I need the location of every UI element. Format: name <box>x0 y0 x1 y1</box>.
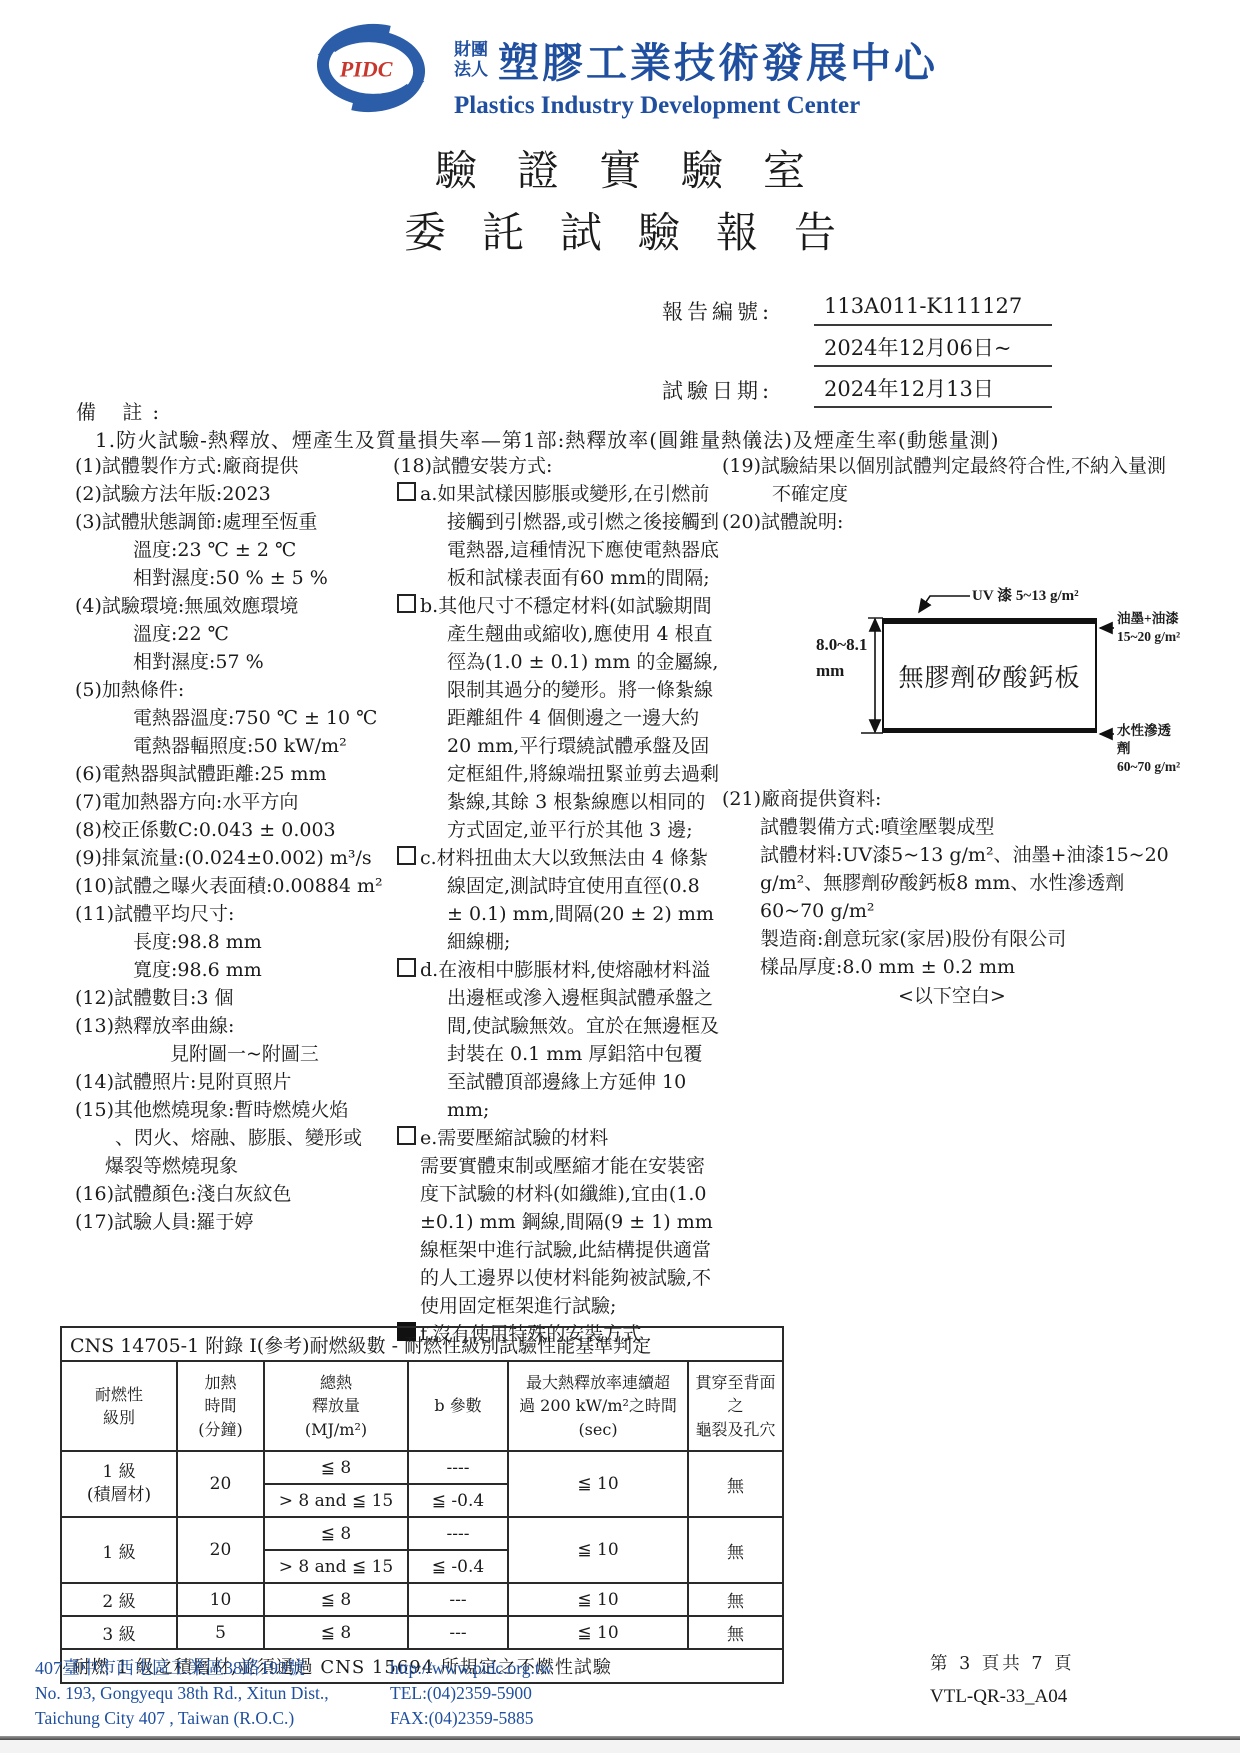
footer-address-zh: 407臺中市西屯區工業區38路193號 <box>35 1656 390 1681</box>
table-cell: ≦ 10 <box>508 1616 688 1649</box>
report-no-value: 113A011-K111127 <box>814 294 1052 326</box>
spacer <box>662 332 814 367</box>
notes-column-middle: (18)試體安裝方式: a.如果試樣因膨脹或變形,在引燃前接觸到引燃器,或引燃之… <box>385 452 720 1348</box>
checkbox-unchecked-icon <box>397 1126 416 1145</box>
footer-fax: FAX:(04)2359-5885 <box>390 1706 552 1731</box>
notes-column-right: (19)試驗結果以個別試體判定最終符合性,不納入量測不確定度 (20)試體說明: <box>720 452 1185 1011</box>
header: PIDC 財團 法人 塑膠工業技術發展中心 Plastics Industry … <box>0 22 1240 120</box>
note-line: (8)校正係數C:0.043 ± 0.003 <box>75 816 385 844</box>
scan-edge-shadow <box>0 1740 1240 1753</box>
table-cell: 2 級 <box>61 1583 177 1616</box>
install-option-text: a.如果試樣因膨脹或變形,在引燃前接觸到引燃器,或引燃之後接觸到電熱器,這種情況… <box>420 483 719 589</box>
table-cell: 1 級 (積層材) <box>61 1451 177 1517</box>
document-code: VTL-QR-33_A04 <box>930 1686 1067 1708</box>
note-line: (10)試體之曝火表面積:0.00884 m² <box>75 872 385 900</box>
table-cell: ≦ 8 <box>264 1616 408 1649</box>
install-method-heading: (18)試體安裝方式: <box>393 452 720 480</box>
note-item-19: (19)試驗結果以個別試體判定最終符合性,不納入量測不確定度 <box>722 452 1185 508</box>
notes-columns: (1)試體製作方式:廠商提供 (2)試驗方法年版:2023 (3)試體狀態調節:… <box>75 452 1185 1348</box>
note-line: 見附圖一~附圖三 <box>75 1040 385 1068</box>
diagram-ink-paint-label: 油墨+油漆 15~20 g/m² <box>1117 610 1180 646</box>
org-block: 財團 法人 塑膠工業技術發展中心 Plastics Industry Devel… <box>454 22 938 120</box>
blank-below-marker: <以下空白> <box>898 981 1185 1011</box>
table-cell: --- <box>408 1583 508 1616</box>
manufacturer-info-line: 製造商:創意玩家(家居)股份有限公司 <box>760 925 1185 953</box>
note-line: 電熱器溫度:750 ℃ ± 10 ℃ <box>75 704 385 732</box>
note-line: 相對濕度:50 % ± 5 % <box>75 564 385 592</box>
install-option-b: b.其他尺寸不穩定材料(如試驗期間產生翹曲或縮收),應使用 4 根直徑為(1.0… <box>397 592 720 844</box>
test-date-to: 2024年12月13日 <box>814 373 1052 408</box>
report-page: PIDC 財團 法人 塑膠工業技術發展中心 Plastics Industry … <box>0 0 1240 1753</box>
manufacturer-info-line: 樣品厚度:8.0 mm ± 0.2 mm <box>760 953 1185 981</box>
note-line: (2)試驗方法年版:2023 <box>75 480 385 508</box>
note-line: 、閃火、熔融、膨脹、變形或 <box>75 1124 385 1152</box>
note-line: (12)試體數目:3 個 <box>75 984 385 1012</box>
table-header: 加熱 時間 (分鐘) <box>177 1361 264 1451</box>
table-cell: --- <box>408 1616 508 1649</box>
footer-website: http://www.pidc.org.tw <box>390 1656 552 1681</box>
note-line: (15)其他燃燒現象:暫時燃燒火焰 <box>75 1096 385 1124</box>
footer-address-en1: No. 193, Gongyequ 38th Rd., Xitun Dist., <box>35 1681 390 1706</box>
install-option-e: e.需要壓縮試驗的材料 <box>397 1124 720 1152</box>
note-line: (7)電加熱器方向:水平方向 <box>75 788 385 816</box>
table-cell: 10 <box>177 1583 264 1616</box>
checkbox-unchecked-icon <box>397 958 416 977</box>
doc-title-line1: 驗證實驗室 <box>0 138 1240 198</box>
install-option-e-continuation: 需要實體束制或壓縮才能在安裝密度下試驗的材料(如纖維),宜由(1.0 ±0.1)… <box>420 1152 720 1320</box>
table-cell: > 8 and ≦ 15 <box>264 1484 408 1517</box>
note-line: (16)試體顏色:淺白灰紋色 <box>75 1180 385 1208</box>
install-option-a: a.如果試樣因膨脹或變形,在引燃前接觸到引燃器,或引燃之後接觸到電熱器,這種情況… <box>397 480 720 592</box>
install-option-text: b.其他尺寸不穩定材料(如試驗期間產生翹曲或縮收),應使用 4 根直徑為(1.0… <box>420 595 719 841</box>
table-cell: 3 級 <box>61 1616 177 1649</box>
footer: 407臺中市西屯區工業區38路193號 http://www.pidc.org.… <box>35 1656 552 1731</box>
table-cell: ≦ 10 <box>508 1583 688 1616</box>
note-item-21-heading: (21)廠商提供資料: <box>722 785 1185 813</box>
cns-criteria-table: CNS 14705-1 附錄 I(參考)耐燃級數 - 耐燃性級別試驗性能基準判定… <box>60 1326 784 1684</box>
table-cell: ≦ -0.4 <box>408 1484 508 1517</box>
report-no-label: 報告編號: <box>662 294 814 326</box>
diagram-board-label: 無膠劑矽酸鈣板 <box>898 658 1080 694</box>
diagram-uv-coat-label: UV 漆 5~13 g/m² <box>972 584 1079 605</box>
org-name-en: Plastics Industry Development Center <box>454 92 938 120</box>
table-cell: 無 <box>688 1517 783 1583</box>
note-line: (4)試驗環境:無風效應環境 <box>75 592 385 620</box>
note-line: (11)試體平均尺寸: <box>75 900 385 928</box>
table-title: CNS 14705-1 附錄 I(參考)耐燃級數 - 耐燃性級別試驗性能基準判定 <box>61 1327 783 1361</box>
remarks-label: 備 註: <box>76 396 169 425</box>
diagram-water-sealer-label: 水性滲透劑 60~70 g/m² <box>1117 722 1182 777</box>
install-option-text: c.材料扭曲太大以致無法由 4 條紮線固定,測試時宜使用直徑(0.8 ± 0.1… <box>420 847 714 953</box>
notes-column-left: (1)試體製作方式:廠商提供 (2)試驗方法年版:2023 (3)試體狀態調節:… <box>75 452 385 1236</box>
note-line: 爆裂等燃燒現象 <box>75 1152 385 1180</box>
note-line: (14)試體照片:見附頁照片 <box>75 1068 385 1096</box>
install-option-c: c.材料扭曲太大以致無法由 4 條紮線固定,測試時宜使用直徑(0.8 ± 0.1… <box>397 844 720 956</box>
pidc-logo-text: PIDC <box>339 57 393 82</box>
table-cell: > 8 and ≦ 15 <box>264 1550 408 1583</box>
table-cell: 20 <box>177 1451 264 1517</box>
table-header: 最大熱釋放率連續超 過 200 kW/m²之時間 (sec) <box>508 1361 688 1451</box>
table-cell: 1 級 <box>61 1517 177 1583</box>
table-cell: ---- <box>408 1451 508 1484</box>
note-line: (1)試體製作方式:廠商提供 <box>75 452 385 480</box>
table-cell: ≦ 8 <box>264 1583 408 1616</box>
table-header: 貫穿至背面 之 龜裂及孔穴 <box>688 1361 783 1451</box>
note-line: (5)加熱條件: <box>75 676 385 704</box>
diagram-board-box: 無膠劑矽酸鈣板 <box>882 618 1097 733</box>
note-line: 溫度:22 ℃ <box>75 620 385 648</box>
specimen-diagram: UV 漆 5~13 g/m² 8.0~8.1 mm 無膠劑矽酸鈣板 油墨+油漆 … <box>720 546 1182 781</box>
table-cell: ≦ 10 <box>508 1451 688 1517</box>
table-cell: 無 <box>688 1616 783 1649</box>
remark-item-1: 1.防火試驗-熱釋放、煙產生及質量損失率—第1部:熱釋放率(圓錐量熱儀法)及煙產… <box>95 424 1185 453</box>
footer-address-en2: Taichung City 407 , Taiwan (R.O.C.) <box>35 1706 390 1731</box>
note-line: 溫度:23 ℃ ± 2 ℃ <box>75 536 385 564</box>
note-line: (3)試體狀態調節:處理至恆重 <box>75 508 385 536</box>
note-line: 相對濕度:57 % <box>75 648 385 676</box>
checkbox-unchecked-icon <box>397 594 416 613</box>
manufacturer-info-line: 試體材料:UV漆5~13 g/m²、油墨+油漆15~20 g/m²、無膠劑矽酸鈣… <box>760 841 1185 925</box>
table-cell: ≦ -0.4 <box>408 1550 508 1583</box>
note-line: 長度:98.8 mm <box>75 928 385 956</box>
org-name: 塑膠工業技術發展中心 <box>498 30 938 89</box>
checkbox-unchecked-icon <box>397 846 416 865</box>
note-line: (13)熱釋放率曲線: <box>75 1012 385 1040</box>
table-header: 總熱 釋放量 (MJ/m²) <box>264 1361 408 1451</box>
table-cell: 無 <box>688 1451 783 1517</box>
table-cell: ≦ 8 <box>264 1451 408 1484</box>
pidc-logo: PIDC <box>302 22 440 114</box>
org-prefix: 財團 法人 <box>454 40 488 79</box>
table-header: 耐燃性 級別 <box>61 1361 177 1451</box>
table-cell: ---- <box>408 1517 508 1550</box>
test-date-from: 2024年12月06日~ <box>814 332 1052 367</box>
doc-title-line2: 委託試驗報告 <box>0 200 1240 260</box>
table-cell: 5 <box>177 1616 264 1649</box>
note-line: (6)電熱器與試體距離:25 mm <box>75 760 385 788</box>
note-line: (17)試驗人員:羅于婷 <box>75 1208 385 1236</box>
report-meta: 報告編號: 113A011-K111127 2024年12月06日~ 試驗日期:… <box>662 294 1052 408</box>
note-item-20: (20)試體說明: <box>722 508 1185 536</box>
footer-tel: TEL:(04)2359-5900 <box>390 1681 552 1706</box>
diagram-thickness-label: 8.0~8.1 mm <box>816 632 867 683</box>
install-option-text: e.需要壓縮試驗的材料 <box>420 1127 608 1149</box>
page-number: 第 3 頁共 7 頁 <box>930 1650 1075 1675</box>
table-cell: 無 <box>688 1583 783 1616</box>
note-line: 電熱器輻照度:50 kW/m² <box>75 732 385 760</box>
install-option-d: d.在液相中膨脹材料,使熔融材料溢出邊框或滲入邊框與試體承盤之間,使試驗無效。宜… <box>397 956 720 1124</box>
table-header: b 參數 <box>408 1361 508 1451</box>
install-option-text: d.在液相中膨脹材料,使熔融材料溢出邊框或滲入邊框與試體承盤之間,使試驗無效。宜… <box>420 959 719 1121</box>
manufacturer-info-line: 試體製備方式:噴塗壓製成型 <box>760 813 1185 841</box>
table-cell: ≦ 10 <box>508 1517 688 1583</box>
checkbox-unchecked-icon <box>397 482 416 501</box>
table-cell: 20 <box>177 1517 264 1583</box>
table-cell: ≦ 8 <box>264 1517 408 1550</box>
note-line: 寬度:98.6 mm <box>75 956 385 984</box>
test-date-label: 試驗日期: <box>662 373 814 408</box>
note-line: (9)排氣流量:(0.024±0.002) m³/s <box>75 844 385 872</box>
